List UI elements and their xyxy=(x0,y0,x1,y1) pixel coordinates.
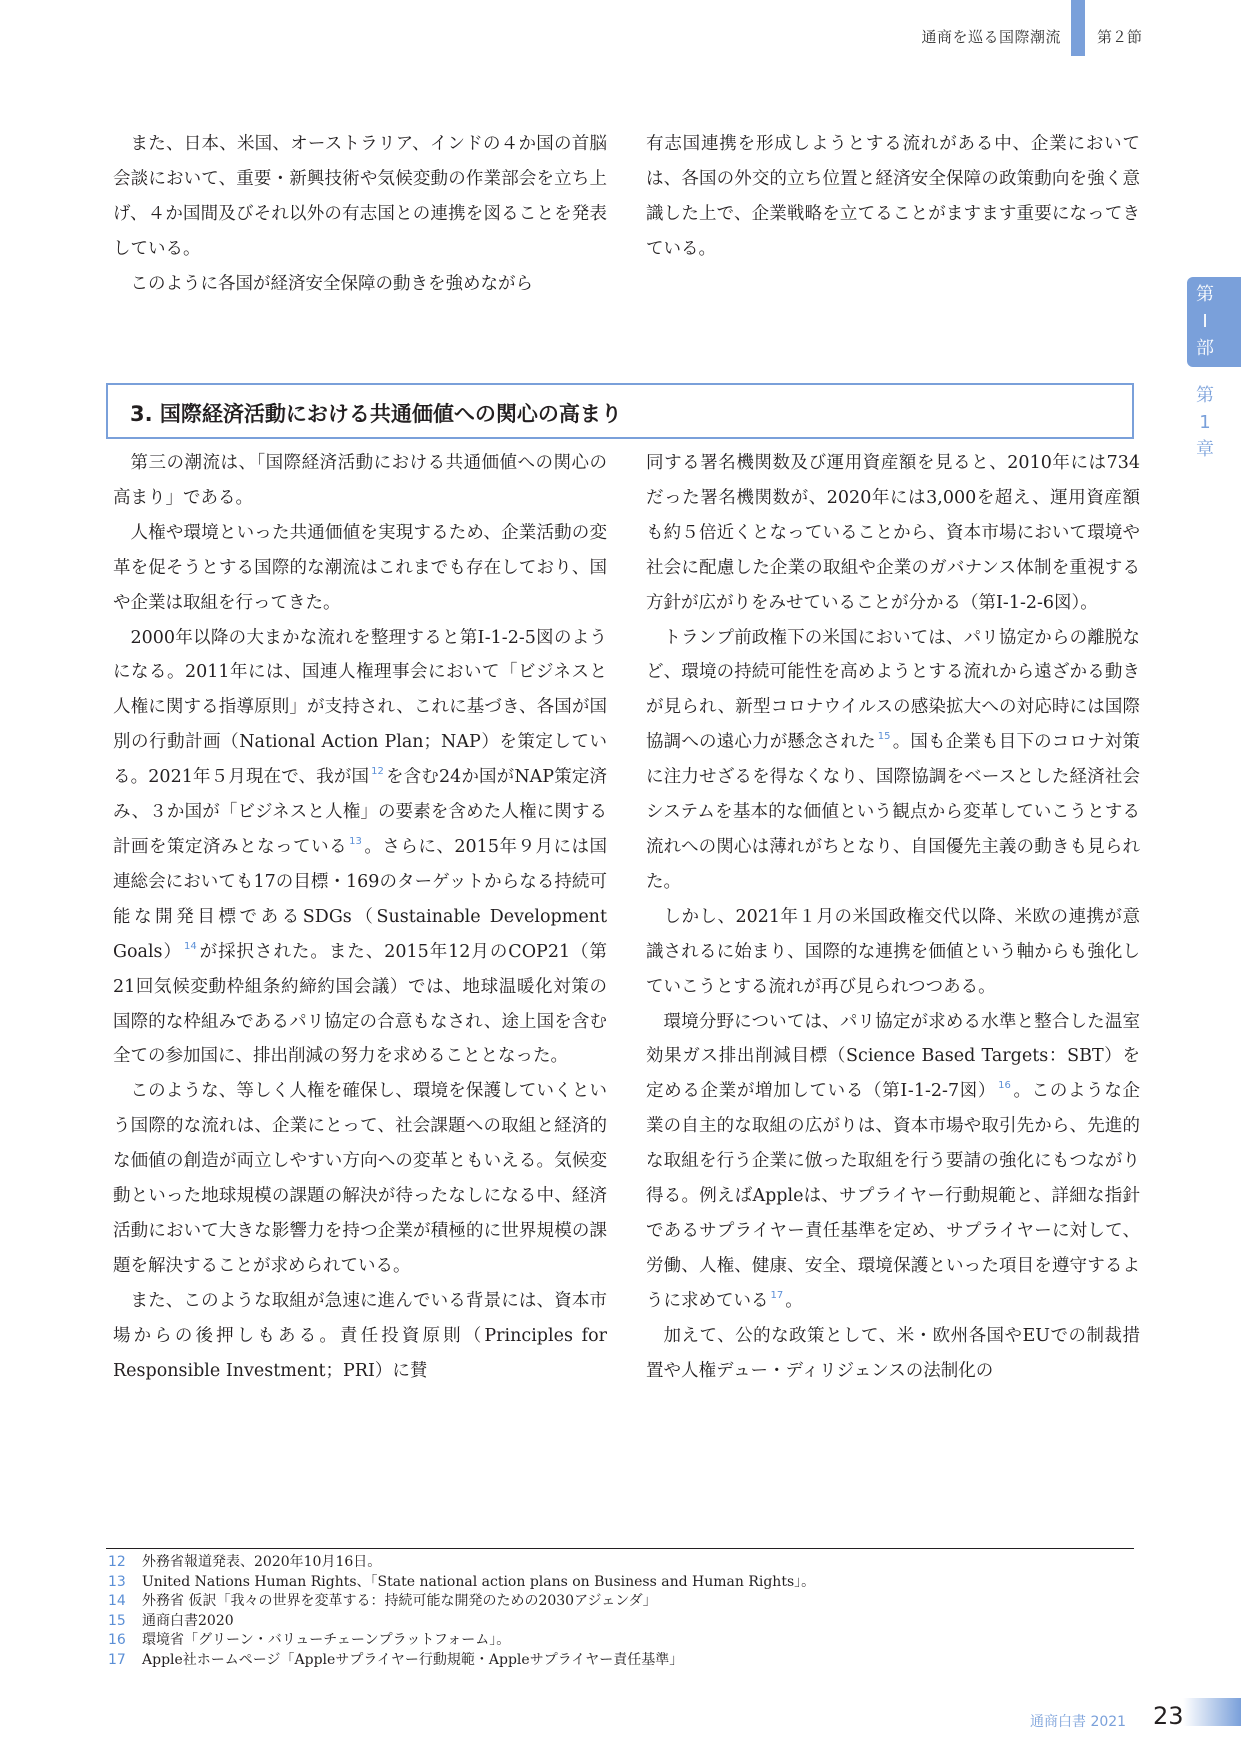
footnote-text: Apple社ホームページ「Appleサプライヤー行動規範・Appleサプライヤー… xyxy=(142,1651,683,1671)
page-number: 23 xyxy=(1153,1702,1184,1730)
side-tab-chapter: 第 1 章 xyxy=(1187,382,1223,463)
main-right-column: 同する署名機関数及び運用資産額を見ると、2010年には734だった署名機関数が、… xyxy=(646,446,1140,1388)
text-run: 。このような企業の自主的な取組の広がりは、資本市場や取引先から、先進的な取組を行… xyxy=(646,1081,1140,1310)
side-tab-chapter-char: 第 xyxy=(1187,382,1223,409)
side-tab-chapter-char: 章 xyxy=(1187,436,1223,463)
footnote-number: 13 xyxy=(108,1573,142,1593)
main-left-column: 第三の潮流は、「国際経済活動における共通価値への関心の高まり」である。 人権や環… xyxy=(113,446,607,1388)
header-section-name: 通商を巡る国際潮流 xyxy=(921,26,1061,47)
side-tab-chapter-char: 1 xyxy=(1187,409,1223,436)
footnote-text: 外務省 仮訳「我々の世界を変革する：持続可能な開発のための2030アジェンダ」 xyxy=(142,1592,657,1612)
footnote-ref-12[interactable]: 12 xyxy=(371,766,384,777)
side-tab-part-char: Ⅰ xyxy=(1187,308,1223,335)
footnote-text: 環境省「グリーン・バリューチェーンプラットフォーム」。 xyxy=(142,1631,510,1651)
footnote-item: 12 外務省報道発表、2020年10月16日。 xyxy=(108,1553,1108,1573)
footnote-number: 17 xyxy=(108,1651,142,1671)
text-run: 2000年以降の大まかな流れを整理すると第Ⅰ-1-2-5図のようになる。2011… xyxy=(113,628,607,788)
footnote-ref-13[interactable]: 13 xyxy=(349,836,362,847)
paragraph: 加えて、公的な政策として、米・欧州各国やEUでの制裁措置や人権デュー・ディリジェ… xyxy=(646,1319,1140,1389)
footnote-ref-15[interactable]: 15 xyxy=(878,731,891,742)
paragraph: このように各国が経済安全保障の動きを強めながら xyxy=(113,267,607,302)
side-tab-part: 第 Ⅰ 部 xyxy=(1187,277,1241,367)
paragraph: また、このような取組が急速に進んでいる背景には、資本市場からの後押しもある。責任… xyxy=(113,1284,607,1389)
paragraph: 同する署名機関数及び運用資産額を見ると、2010年には734だった署名機関数が、… xyxy=(646,446,1140,621)
text-run: 。 xyxy=(785,1291,803,1311)
section-title: 3. 国際経済活動における共通価値への関心の高まり xyxy=(130,398,622,428)
footnote-item: 17 Apple社ホームページ「Appleサプライヤー行動規範・Appleサプラ… xyxy=(108,1651,1108,1671)
footnote-divider xyxy=(106,1548,1134,1549)
footer-accent-gradient xyxy=(1183,1698,1241,1726)
footnote-item: 16 環境省「グリーン・バリューチェーンプラットフォーム」。 xyxy=(108,1631,1108,1651)
paragraph: 環境分野については、パリ協定が求める水準と整合した温室効果ガス排出削減目標（Sc… xyxy=(646,1005,1140,1319)
text-run: 。国も企業も目下のコロナ対策に注力せざるを得なくなり、国際協調をベースとした経済… xyxy=(646,732,1140,892)
footnote-item: 15 通商白書2020 xyxy=(108,1612,1108,1632)
header-section-number: 第２節 xyxy=(1097,26,1142,47)
paragraph: また、日本、米国、オーストラリア、インドの４か国の首脳会談において、重要・新興技… xyxy=(113,127,607,267)
footnote-text: 通商白書2020 xyxy=(142,1612,234,1632)
paragraph: 人権や環境といった共通価値を実現するため、企業活動の変革を促そうとする国際的な潮… xyxy=(113,516,607,621)
footnote-number: 12 xyxy=(108,1553,142,1573)
footnote-text: 外務省報道発表、2020年10月16日。 xyxy=(142,1553,381,1573)
paragraph: しかし、2021年１月の米国政権交代以降、米欧の連携が意識されるに始まり、国際的… xyxy=(646,900,1140,1005)
footnote-number: 14 xyxy=(108,1592,142,1612)
footnote-ref-16[interactable]: 16 xyxy=(998,1080,1011,1091)
footnote-number: 16 xyxy=(108,1631,142,1651)
publication-name: 通商白書 2021 xyxy=(1030,1711,1126,1731)
paragraph: 第三の潮流は、「国際経済活動における共通価値への関心の高まり」である。 xyxy=(113,446,607,516)
paragraph: 2000年以降の大まかな流れを整理すると第Ⅰ-1-2-5図のようになる。2011… xyxy=(113,621,607,1075)
header-accent-bar xyxy=(1071,0,1085,56)
top-left-column: また、日本、米国、オーストラリア、インドの４か国の首脳会談において、重要・新興技… xyxy=(113,127,607,302)
side-tab-part-char: 第 xyxy=(1187,281,1223,308)
footnote-text: United Nations Human Rights、「State natio… xyxy=(142,1573,815,1593)
side-tab-part-char: 部 xyxy=(1187,335,1223,362)
text-run: が採択された。また、2015年12月のCOP21（第21回気候変動枠組条約締約国… xyxy=(113,942,607,1067)
footnote-ref-17[interactable]: 17 xyxy=(771,1290,784,1301)
top-right-column: 有志国連携を形成しようとする流れがある中、企業においては、各国の外交的立ち位置と… xyxy=(646,127,1140,267)
paragraph: トランプ前政権下の米国においては、パリ協定からの離脱など、環境の持続可能性を高め… xyxy=(646,621,1140,900)
paragraph: このような、等しく人権を確保し、環境を保護していくという国際的な流れは、企業にと… xyxy=(113,1074,607,1283)
footnotes: 12 外務省報道発表、2020年10月16日。 13 United Nation… xyxy=(108,1553,1108,1670)
footnote-item: 13 United Nations Human Rights、「State na… xyxy=(108,1573,1108,1593)
section-heading-box: 3. 国際経済活動における共通価値への関心の高まり xyxy=(106,383,1134,439)
footnote-number: 15 xyxy=(108,1612,142,1632)
running-header: 通商を巡る国際潮流 第２節 xyxy=(0,0,1241,56)
footnote-ref-14[interactable]: 14 xyxy=(184,941,197,952)
footnote-item: 14 外務省 仮訳「我々の世界を変革する：持続可能な開発のための2030アジェン… xyxy=(108,1592,1108,1612)
paragraph: 有志国連携を形成しようとする流れがある中、企業においては、各国の外交的立ち位置と… xyxy=(646,127,1140,267)
